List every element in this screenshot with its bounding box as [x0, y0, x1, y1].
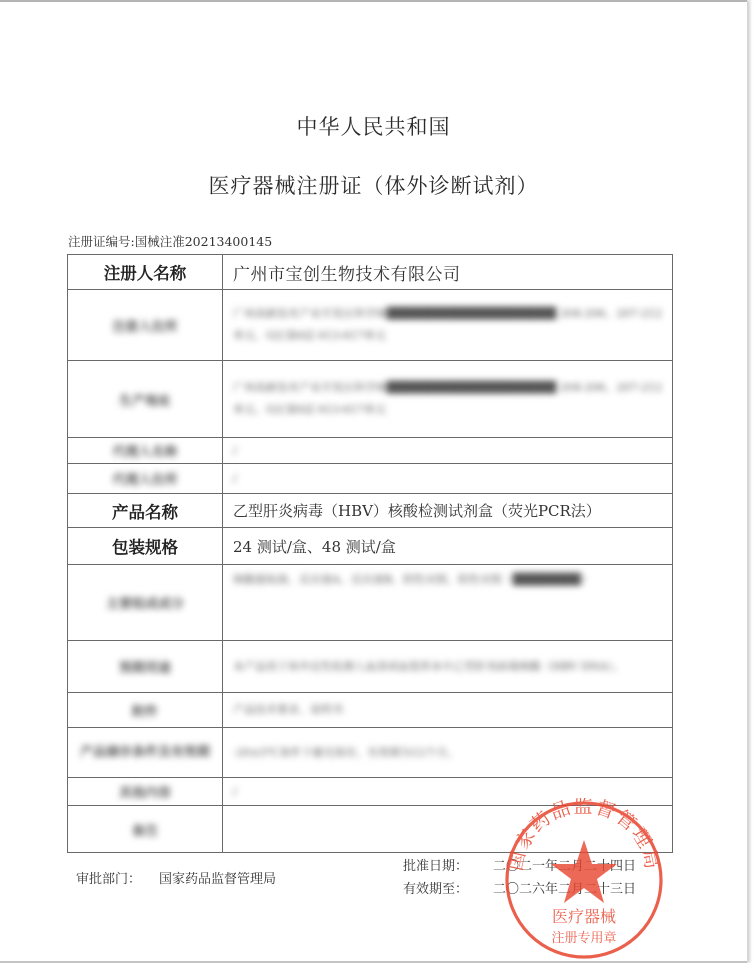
approval-department-value: 国家药品监督管理局 [159, 872, 276, 887]
table-row-product-name: 产品名称 乙型肝炎病毒（HBV）核酸检测试剂盒（荧光PCR法） [68, 494, 673, 528]
row-key: 产品名称 [68, 494, 223, 528]
table-row-remarks: 备注 [68, 806, 673, 853]
table-row-production-address: 生产地址 广州高新技术产业开发区科学城████████████████████ … [68, 361, 673, 438]
table-row-attachments: 附件 产品技术要求、说明书 [68, 693, 673, 728]
row-key: 包装规格 [68, 528, 223, 565]
table-row-agent-address: 代理人住所 / [68, 464, 673, 494]
row-key-obscured: 主要组成成分 [106, 597, 184, 612]
row-key-obscured: 注册人住所 [112, 320, 177, 335]
table-row-storage-and-shelf-life: 产品储存条件及有效期 -20±5℃条件下避光保存，有效期为12个月。 [68, 728, 673, 778]
row-value-obscured: -20±5℃条件下避光保存，有效期为12个月。 [233, 742, 664, 764]
table-row-registrant-name: 注册人名称 广州市宝创生物技术有限公司 [68, 255, 673, 290]
row-key-obscured: 代理人住所 [112, 473, 177, 488]
table-row-registrant-address: 注册人住所 广州高新技术产业开发区科学城████████████████████… [68, 290, 673, 361]
table-row-package-spec: 包装规格 24 测试/盒、48 测试/盒 [68, 528, 673, 565]
certificate-dates: 批准日期：二〇二一年二月二十四日 有效期至：二〇二六年二月二十三日 [403, 855, 636, 901]
row-key-obscured: 生产地址 [119, 394, 171, 409]
approval-date-value: 二〇二一年二月二十四日 [493, 859, 636, 874]
row-key: 注册人名称 [68, 255, 223, 290]
row-value-obscured: 广州高新技术产业开发区科学城████████████████████ 204-2… [233, 303, 664, 347]
row-key-obscured: 代理人名称 [112, 445, 177, 460]
document-title-certificate: 医疗器械注册证（体外诊断试剂） [0, 170, 747, 200]
valid-until-label: 有效期至： [403, 878, 493, 901]
row-value-obscured: / [233, 440, 664, 462]
row-key-obscured: 附件 [132, 705, 158, 720]
row-value: 乙型肝炎病毒（HBV）核酸检测试剂盒（荧光PCR法） [223, 494, 673, 528]
row-key-obscured: 产品储存条件及有效期 [80, 745, 210, 760]
row-value-obscured: / [233, 468, 664, 490]
certificate-table: 注册人名称 广州市宝创生物技术有限公司 注册人住所 广州高新技术产业开发区科学城… [67, 254, 673, 853]
valid-until: 有效期至：二〇二六年二月二十三日 [403, 878, 636, 901]
row-value-obscured: 产品技术要求、说明书 [233, 699, 664, 721]
approval-date-label: 批准日期： [403, 855, 493, 878]
row-value-obscured: 本产品用于体外定性检测人血清或血浆样本中乙型肝炎病毒核酸（HBV DNA）。 [233, 656, 664, 678]
row-value-obscured: / [233, 781, 664, 803]
valid-until-value: 二〇二六年二月二十三日 [493, 882, 636, 897]
registration-number-value: 国械注准20213400145 [135, 234, 272, 249]
row-value-obscured: 广州高新技术产业开发区科学城████████████████████ 204-2… [233, 377, 664, 421]
registration-number-label: 注册证编号: [68, 234, 135, 249]
table-row-agent-name: 代理人名称 / [68, 438, 673, 464]
row-value-obscured: 核酸提取液、反应液A、反应液B、阴性对照、阳性对照（████████） [233, 569, 664, 591]
table-row-main-components: 主要组成成分 核酸提取液、反应液A、反应液B、阴性对照、阳性对照（███████… [68, 565, 673, 641]
row-key-obscured: 备注 [132, 824, 158, 839]
approval-department: 审批部门：国家药品监督管理局 [76, 868, 276, 887]
approval-date: 批准日期：二〇二一年二月二十四日 [403, 855, 636, 878]
row-value: 24 测试/盒、48 测试/盒 [223, 528, 673, 565]
table-row-intended-use: 预期用途 本产品用于体外定性检测人血清或血浆样本中乙型肝炎病毒核酸（HBV DN… [68, 641, 673, 693]
row-value: 广州市宝创生物技术有限公司 [223, 255, 673, 290]
table-row-other-content: 其他内容 / [68, 778, 673, 806]
row-key-obscured: 其他内容 [119, 786, 171, 801]
row-key-obscured: 预期用途 [119, 661, 171, 676]
approval-department-label: 审批部门： [76, 872, 141, 887]
document-title-country: 中华人民共和国 [0, 111, 747, 141]
registration-number: 注册证编号:国械注准20213400145 [68, 232, 272, 250]
